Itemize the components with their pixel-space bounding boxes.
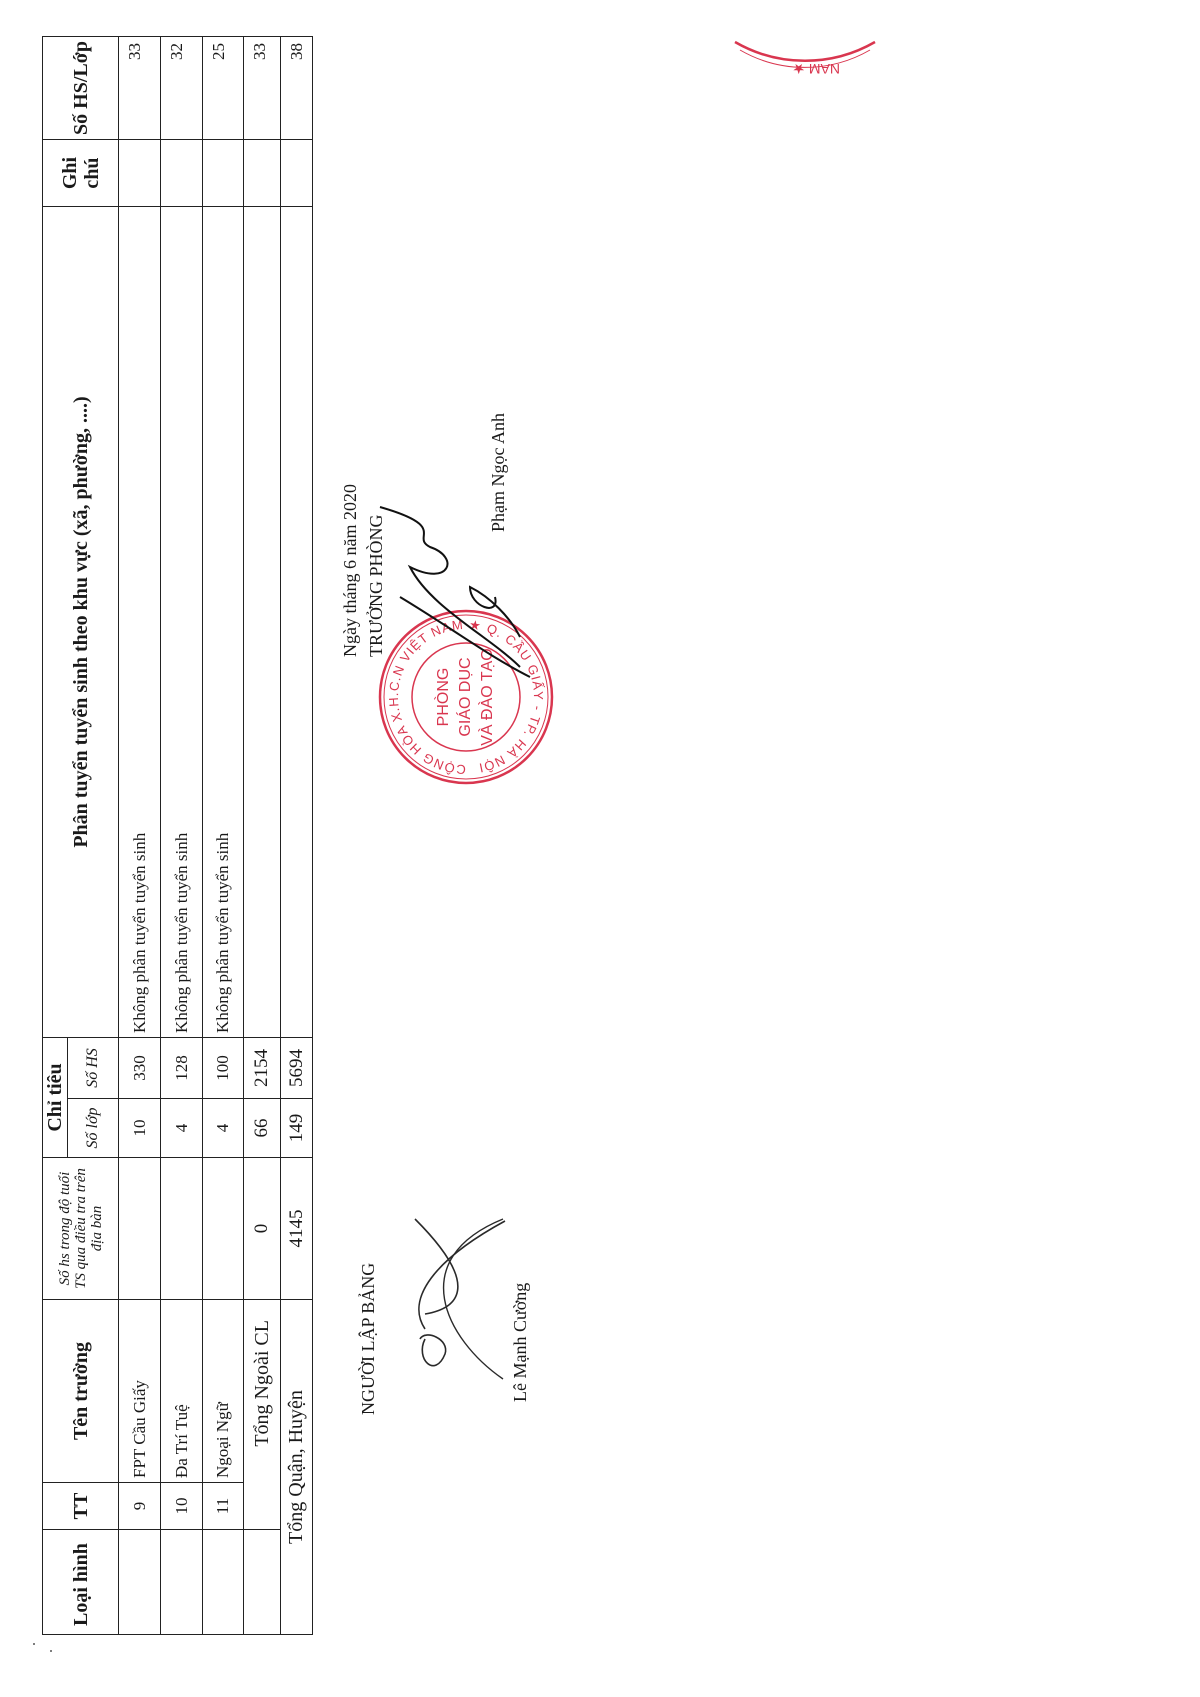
total-note — [281, 140, 313, 207]
cell-note — [161, 140, 203, 207]
header-zoning: Phân tuyển tuyển sinh theo khu vực (xã, … — [43, 207, 119, 1038]
header-school-name: Tên trường — [43, 1300, 119, 1483]
stamp-fragment-icon: NAM ★ — [730, 32, 880, 142]
subtotal-surveyed-students: 0 — [244, 1158, 281, 1300]
cell-students-per-class: 32 — [161, 37, 203, 140]
document-page: Loại hình TT Tên trường Số hs trong độ t… — [0, 0, 1200, 1697]
head-name: Phạm Ngọc Anh — [488, 413, 509, 532]
cell-quota-students: 330 — [119, 1038, 161, 1099]
cell-quota-classes: 4 — [203, 1099, 244, 1158]
cell-surveyed-students — [203, 1158, 244, 1300]
cell-quota-classes: 4 — [161, 1099, 203, 1158]
total-row: Tổng Quận, Huyện 4145 149 5694 38 — [281, 37, 313, 1635]
subtotal-quota-students: 2154 — [244, 1038, 281, 1099]
cell-zoning: Không phân tuyển tuyển sinh — [203, 207, 244, 1038]
total-quota-students: 5694 — [281, 1038, 313, 1099]
cell-type — [244, 1530, 281, 1635]
cell-index: 9 — [119, 1483, 161, 1530]
cell-index: 11 — [203, 1483, 244, 1530]
cell-students-per-class: 25 — [203, 37, 244, 140]
cell-type — [119, 1530, 161, 1635]
header-type: Loại hình — [43, 1530, 119, 1635]
header-quota-classes: Số lớp — [68, 1099, 119, 1158]
header-row-1: Loại hình TT Tên trường Số hs trong độ t… — [43, 37, 68, 1635]
preparer-title: NGƯỜI LẬP BẢNG — [358, 1263, 379, 1415]
cell-quota-students: 128 — [161, 1038, 203, 1099]
total-zoning — [281, 207, 313, 1038]
scan-speck — [33, 1643, 35, 1645]
header-index: TT — [43, 1483, 119, 1530]
cell-type — [161, 1530, 203, 1635]
subtotal-label: Tổng Ngoài CL — [244, 1300, 281, 1530]
cell-zoning: Không phân tuyển tuyển sinh — [119, 207, 161, 1038]
cell-index: 10 — [161, 1483, 203, 1530]
cell-quota-classes: 10 — [119, 1099, 161, 1158]
cell-zoning: Không phân tuyển tuyển sinh — [161, 207, 203, 1038]
header-quota-students: Số HS — [68, 1038, 119, 1099]
cell-surveyed-students — [161, 1158, 203, 1300]
total-students-per-class: 38 — [281, 37, 313, 140]
table-row: 9 FPT Cầu Giấy 10 330 Không phân tuyển t… — [119, 37, 161, 1635]
cell-type — [203, 1530, 244, 1635]
preparer-signature-icon — [385, 1199, 515, 1399]
cell-note — [119, 140, 161, 207]
cell-surveyed-students — [119, 1158, 161, 1300]
head-date-line: Ngày tháng 6 năm 2020 — [340, 484, 361, 657]
total-surveyed-students: 4145 — [281, 1158, 313, 1300]
cell-note — [203, 140, 244, 207]
table-row: 10 Đa Trí Tuệ 4 128 Không phân tuyển tuy… — [161, 37, 203, 1635]
header-quota: Chỉ tiêu — [43, 1038, 68, 1158]
enrollment-table: Loại hình TT Tên trường Số hs trong độ t… — [42, 36, 313, 1635]
subtotal-row: Tổng Ngoài CL 0 66 2154 33 — [244, 37, 281, 1635]
subtotal-quota-classes: 66 — [244, 1099, 281, 1158]
header-note: Ghi chú — [43, 140, 119, 207]
stamp-fragment-text: NAM ★ — [792, 61, 840, 77]
subtotal-zoning — [244, 207, 281, 1038]
cell-school-name: FPT Cầu Giấy — [119, 1300, 161, 1483]
cell-school-name: Ngoại Ngữ — [203, 1300, 244, 1483]
preparer-name: Lê Mạnh Cường — [510, 1283, 531, 1402]
header-students-per-class: Số HS/Lớp — [43, 37, 119, 140]
total-label: Tổng Quận, Huyện — [281, 1300, 313, 1635]
scan-speck — [50, 1650, 52, 1652]
head-signature-icon — [370, 467, 540, 697]
cell-school-name: Đa Trí Tuệ — [161, 1300, 203, 1483]
subtotal-note — [244, 140, 281, 207]
header-surveyed-students: Số hs trong độ tuổi TS qua điều tra trên… — [43, 1158, 119, 1300]
cell-quota-students: 100 — [203, 1038, 244, 1099]
total-quota-classes: 149 — [281, 1099, 313, 1158]
subtotal-students-per-class: 33 — [244, 37, 281, 140]
cell-students-per-class: 33 — [119, 37, 161, 140]
table-row: 11 Ngoại Ngữ 4 100 Không phân tuyển tuyể… — [203, 37, 244, 1635]
